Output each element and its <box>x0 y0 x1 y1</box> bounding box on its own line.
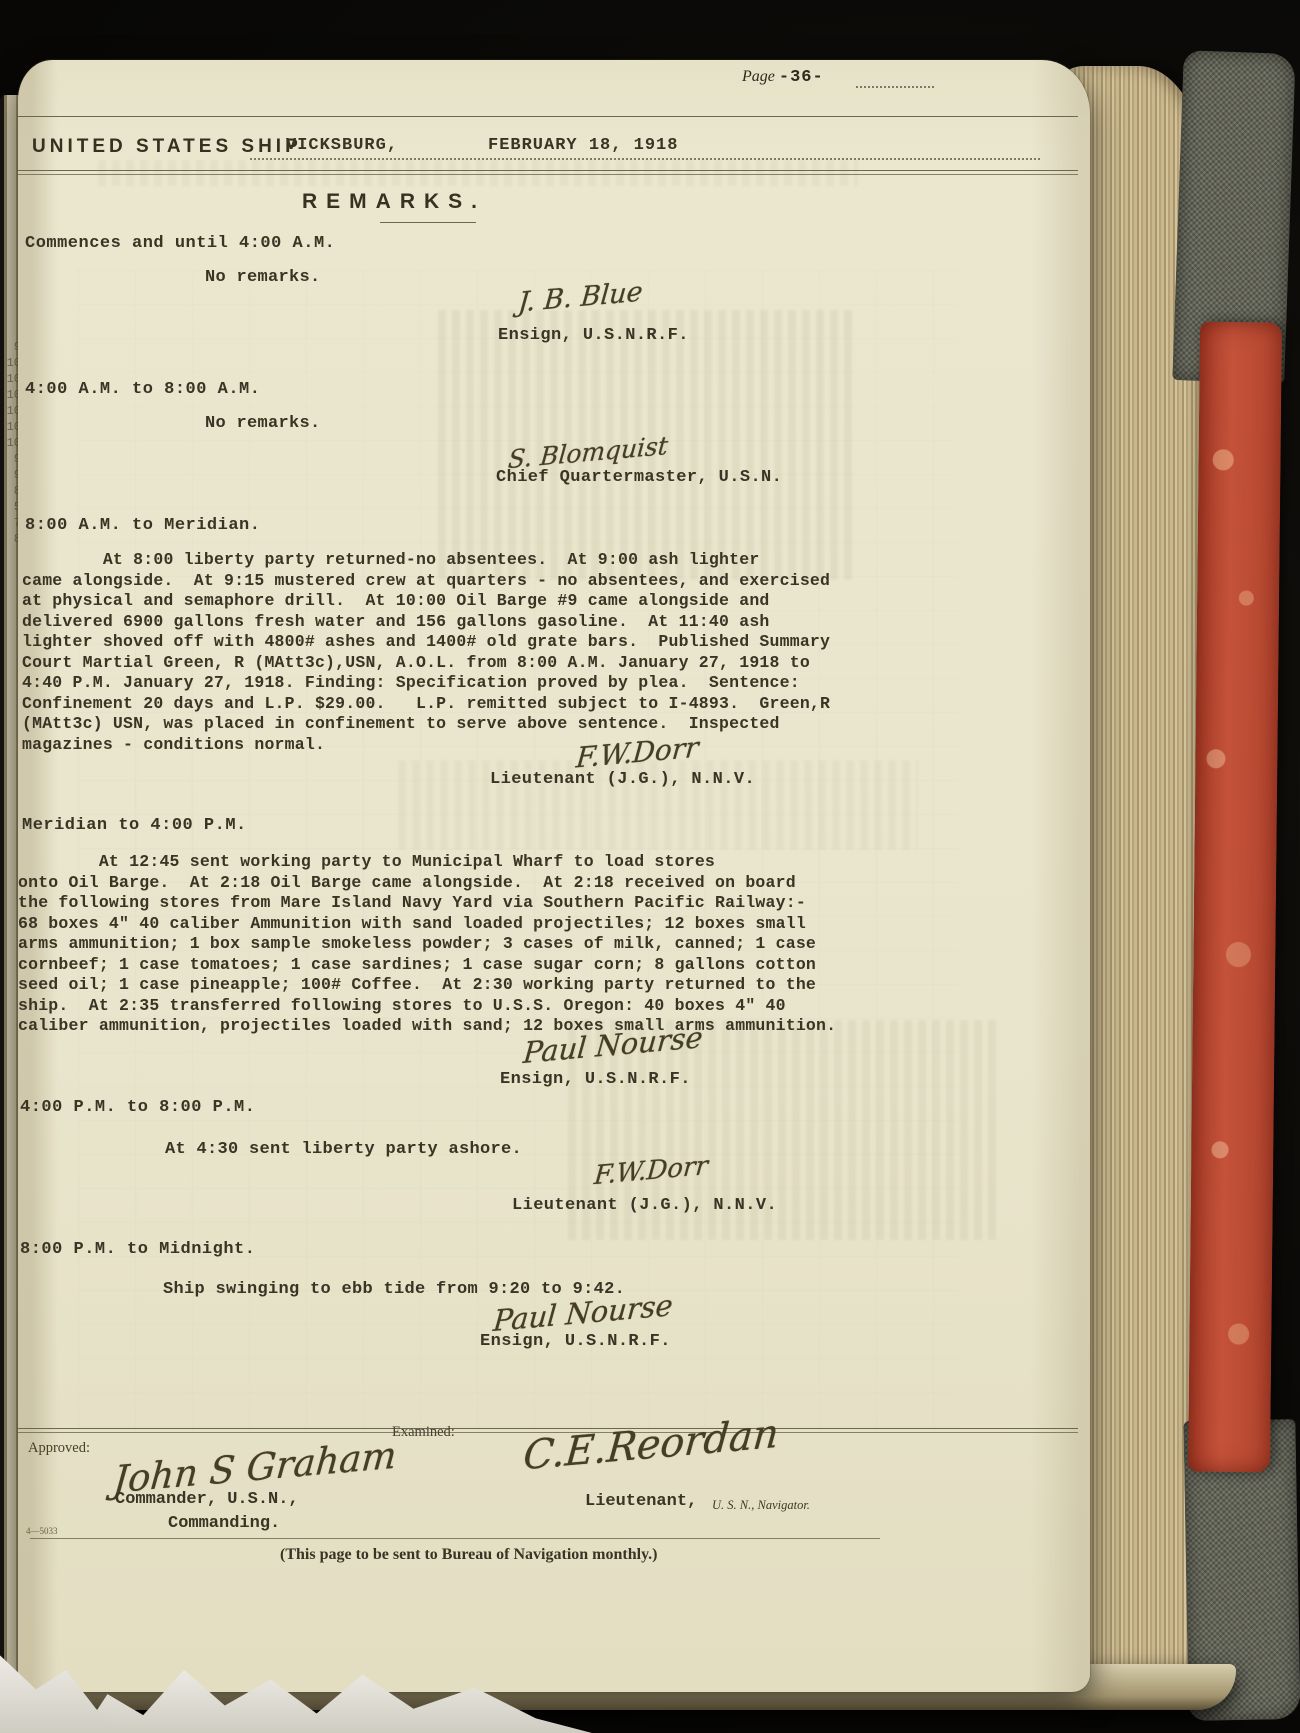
form-number: 4—5033 <box>26 1526 58 1536</box>
watch-remark: At 4:30 sent liberty party ashore. <box>165 1140 522 1159</box>
signature: J. B. Blue <box>517 276 644 318</box>
footnote-rule <box>30 1538 880 1539</box>
signature-title: Lieutenant (J.G.), N.N.V. <box>490 770 755 789</box>
approved-title-2: Commanding. <box>168 1514 280 1533</box>
watch-period: 4:00 A.M. to 8:00 A.M. <box>25 380 260 399</box>
ship-name: VICKSBURG, <box>286 136 398 155</box>
watch-period: Commences and until 4:00 A.M. <box>25 234 335 253</box>
watch-period: 8:00 P.M. to Midnight. <box>20 1240 255 1259</box>
watch-remark: No remarks. <box>205 414 321 433</box>
examined-signature: C.E.Reordan <box>521 1411 780 1480</box>
watch-period: 4:00 P.M. to 8:00 P.M. <box>20 1098 255 1117</box>
footnote: (This page to be sent to Bureau of Navig… <box>280 1546 658 1564</box>
signature-title: Lieutenant (J.G.), N.N.V. <box>512 1196 777 1215</box>
watch-period: Meridian to 4:00 P.M. <box>22 816 247 835</box>
approved-label: Approved: <box>28 1440 90 1457</box>
watch-remark: Ship swinging to ebb tide from 9:20 to 9… <box>163 1280 625 1299</box>
double-rule-a <box>18 170 1078 171</box>
dotted-leader <box>856 86 934 88</box>
footer-rule <box>18 1428 1078 1429</box>
header-fill-line <box>250 158 1040 160</box>
signature-title: Ensign, U.S.N.R.F. <box>480 1332 671 1351</box>
signature-title: Chief Quartermaster, U.S.N. <box>496 468 782 487</box>
examined-title: Lieutenant, <box>585 1492 697 1511</box>
page-number: -36- <box>779 68 824 87</box>
examined-title-small: U. S. N., Navigator. <box>712 1498 810 1513</box>
logbook-photo: 9 10 10 10 10 10 10 9 9 8 5 7 8 Page -36… <box>0 0 1300 1733</box>
log-page: Page -36- UNITED STATES SHIP VICKSBURG, … <box>18 60 1090 1692</box>
examined-label: Examined: <box>392 1424 455 1441</box>
ink-bleedthrough <box>98 160 858 186</box>
watch-period: 8:00 A.M. to Meridian. <box>25 516 260 535</box>
header-rule <box>18 116 1078 117</box>
log-date: FEBRUARY 18, 1918 <box>488 136 678 155</box>
ship-prefix-label: UNITED STATES SHIP <box>32 136 302 158</box>
approved-title: Commander, U.S.N., <box>115 1490 299 1509</box>
double-rule-b <box>18 174 1078 175</box>
remarks-title: REMARKS. <box>0 190 930 214</box>
signature-title: Ensign, U.S.N.R.F. <box>498 326 689 345</box>
watch-remark: At 12:45 sent working party to Municipal… <box>18 852 888 1037</box>
page-number-label: Page -36- <box>742 68 824 87</box>
signature: F.W.Dorr <box>593 1151 709 1191</box>
page-word: Page <box>742 68 775 85</box>
book-cover-marbled-paper <box>1188 322 1282 1473</box>
watch-remark: At 8:00 liberty party returned-no absent… <box>22 550 882 755</box>
signature-title: Ensign, U.S.N.R.F. <box>500 1070 691 1089</box>
watch-remark: No remarks. <box>205 268 321 287</box>
remarks-underline <box>380 222 476 223</box>
